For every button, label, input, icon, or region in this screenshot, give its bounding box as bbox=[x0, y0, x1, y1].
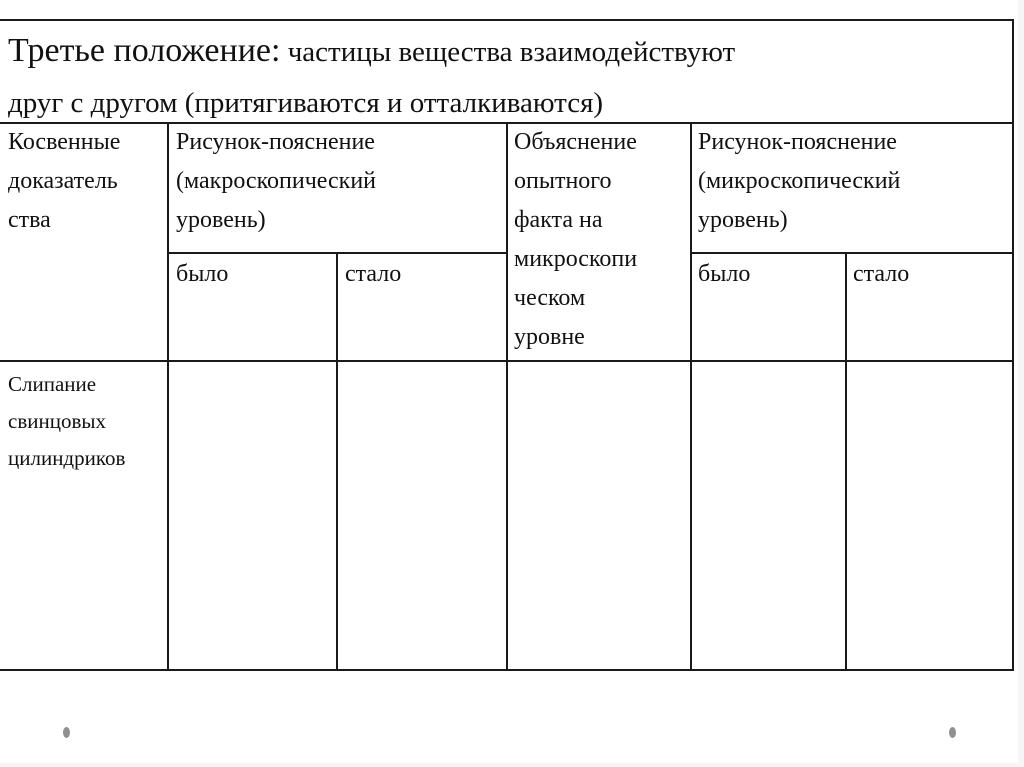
col-divider-3 bbox=[506, 122, 508, 671]
bullet-dot-left bbox=[63, 727, 70, 738]
micro-subheader-divider bbox=[690, 252, 1014, 254]
slide-bottom-edge bbox=[0, 763, 1024, 767]
col-divider-5 bbox=[845, 252, 847, 671]
header-evidence: Косвенные доказатель ства bbox=[8, 123, 120, 240]
table-border-right bbox=[1012, 19, 1014, 671]
evidence-table bbox=[0, 19, 1014, 670]
header-micro-group: Рисунок-пояснение (микроскопический уров… bbox=[698, 123, 900, 240]
header-macro-before: было bbox=[176, 255, 228, 294]
header-macro-group: Рисунок-пояснение (макроскопический уров… bbox=[176, 123, 376, 240]
row-evidence-cell: Слипание свинцовых цилиндриков bbox=[8, 366, 125, 477]
bullet-dot-right bbox=[949, 727, 956, 738]
header-macro-after: стало bbox=[345, 255, 401, 294]
table-border-top bbox=[0, 19, 1014, 21]
slide-edge bbox=[1018, 0, 1024, 767]
header-micro-before: было bbox=[698, 255, 750, 294]
col-divider-2 bbox=[336, 252, 338, 671]
col-divider-4 bbox=[690, 122, 692, 671]
header-micro-after: стало bbox=[853, 255, 909, 294]
col-divider-1 bbox=[167, 122, 169, 671]
header-explanation: Объяснение опытного факта на микроскопи … bbox=[514, 123, 637, 357]
